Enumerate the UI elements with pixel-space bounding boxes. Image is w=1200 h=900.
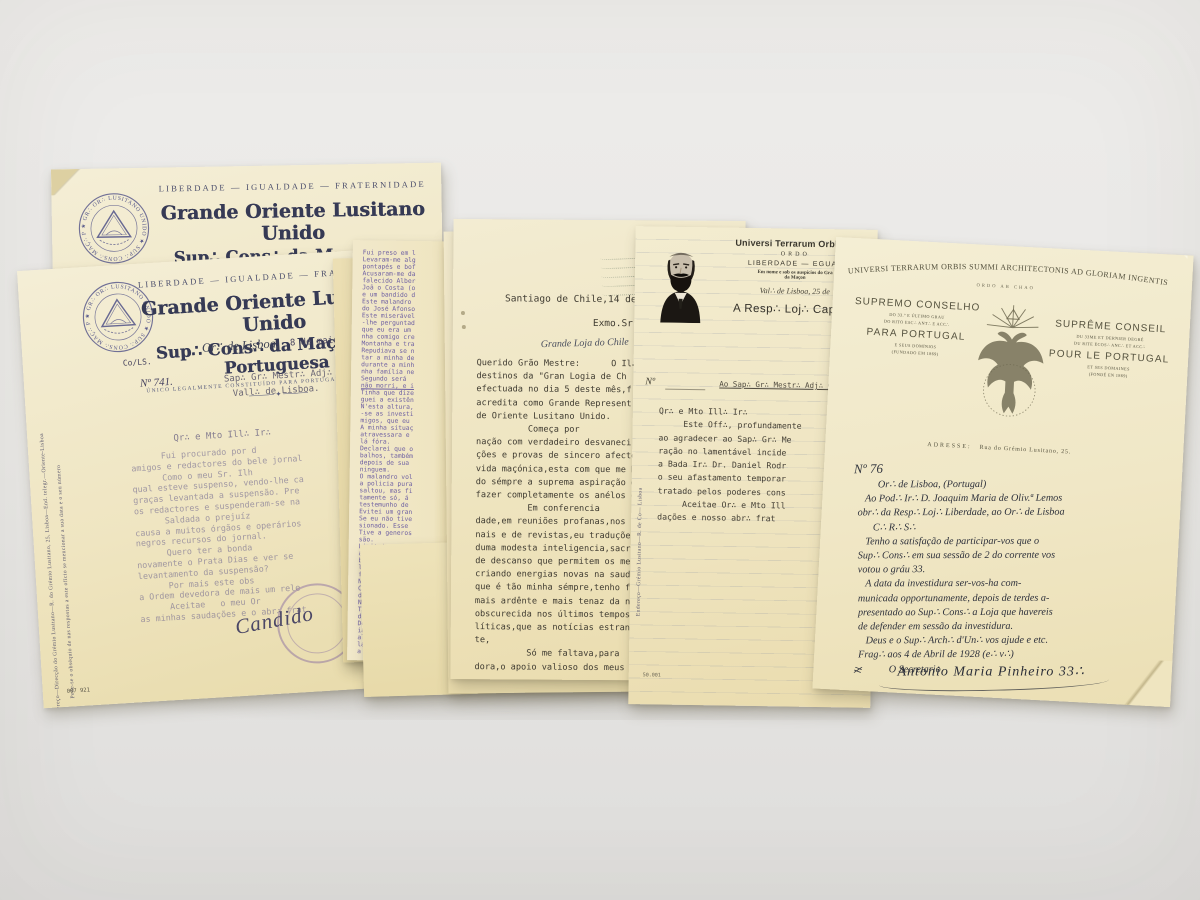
- folded-corner: [51, 169, 81, 196]
- addressee-line: Ao Sap∴ Gr∴ Mestr∴ Adj∴ Ca: [719, 379, 837, 390]
- address-line: ADRESSE:Rua do Grémio Lusitano, 25.: [825, 437, 1173, 461]
- text-line: Deus e o Sup∴ Arch∴ d'Un∴ vos ajude e et…: [858, 634, 1174, 649]
- text-line: presentado ao Sup∴ Cons∴ a Loja que have…: [858, 605, 1174, 620]
- portrait-photo: [648, 242, 713, 323]
- folded-corner: [1112, 658, 1174, 707]
- ink-annotation: Grande Loja do Chile: [541, 337, 629, 350]
- reference-code: Co/LS.: [123, 357, 152, 368]
- photo-of-masonic-documents: ★ GR∴ OR∴ LUSITANO UNIDO ★ SUP∴ CONS∴ MA…: [0, 0, 1200, 900]
- address-value: Rua do Grémio Lusitano, 25.: [979, 445, 1071, 456]
- portuguese-block: SUPREMO CONSELHO DO 33.º E ÚLTIMO GRAU D…: [852, 296, 981, 359]
- punch-hole: [462, 325, 466, 329]
- document-number: Nº 76: [854, 461, 883, 478]
- text-line: Or∴ de Lisboa, (Portugal): [857, 477, 1173, 492]
- signature-flourish: [879, 672, 1109, 693]
- supremo-conselho-letter: UNIVERSI TERRARUM ORBIS SUMMI ARCHITECTO…: [812, 237, 1193, 707]
- motto: LIBERDADE — IGUALDADE — FRATERNIDADE: [149, 179, 435, 194]
- french-block: SUPRÊME CONSEIL DU 33ME ET DERNIER DEGRÉ…: [1041, 318, 1178, 381]
- text-line: obr∴ da Resp∴ Loj∴ Liberdade, ao Or∴ de …: [858, 506, 1174, 521]
- text-line: municada opportunamente, depois de terde…: [858, 591, 1174, 606]
- text-line: votou o gráu 33.: [858, 563, 1174, 578]
- text-line: Sup∴ Cons∴ em sua sessão de 2 do corrent…: [858, 548, 1174, 563]
- text-line: Ao Pod∴ Ir∴ D. Joaquim Maria de Oliv.ª L…: [858, 491, 1174, 506]
- punch-hole: [461, 311, 465, 315]
- text-line: de defender em sessão da investidura.: [858, 619, 1174, 634]
- print-code: 007 921: [67, 687, 91, 694]
- handwritten-body: Or∴ de Lisboa, (Portugal) Ao Pod∴ Ir∴ D.…: [857, 477, 1174, 677]
- print-code: 50.001: [643, 672, 661, 678]
- text-line: A data da investidura ser-vos-ha com-: [858, 577, 1174, 592]
- text-line: C∴ R∴ S∴: [858, 520, 1174, 535]
- text-line: Tenho a satisfação de participar-vos que…: [858, 534, 1174, 549]
- salutation: Qr∴ e Mto Ill∴ Ir∴: [173, 428, 271, 444]
- address-label: ADRESSE:: [927, 442, 972, 450]
- number-label: Nº: [645, 376, 655, 387]
- document-number: Nº 741.: [140, 376, 173, 390]
- org-title: Grande Oriente Lusitano Unido: [150, 198, 437, 247]
- masonic-seal-icon: ★ GR∴ OR∴ LUSITANO UNIDO ★ SUP∴ CONS∴ MA…: [77, 192, 150, 265]
